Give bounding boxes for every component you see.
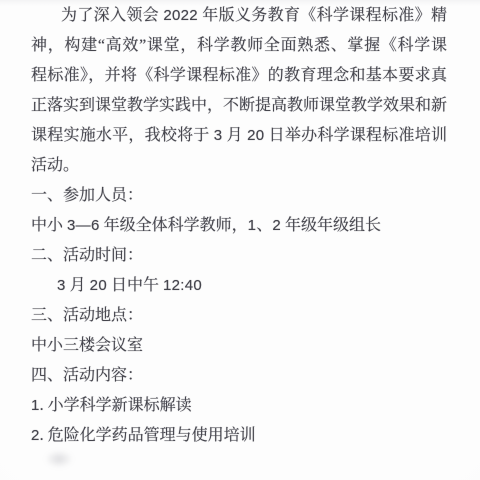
section-heading: 一、参加人员： bbox=[31, 181, 447, 211]
section-body-line: 3 月 20 日中午 12:40 bbox=[31, 271, 447, 301]
notice-photo: { "page": { "background_color": "#fbfbfc… bbox=[0, 0, 480, 480]
section-location: 三、活动地点： 中小三楼会议室 bbox=[31, 301, 447, 361]
section-heading: 二、活动时间： bbox=[31, 241, 447, 271]
intro-line: 程标准》，并将《科学课程标准》的教育理念和基本要求真 bbox=[31, 61, 447, 91]
intro-line: 活动。 bbox=[31, 151, 447, 181]
intro-paragraph: 为了深入领会 2022 年版义务教育《科学课程标准》精 神，构建“高效”课堂，科… bbox=[31, 1, 447, 181]
section-time: 二、活动时间： 3 月 20 日中午 12:40 bbox=[31, 241, 447, 301]
section-body-line: 中小三楼会议室 bbox=[31, 331, 447, 361]
intro-line: 正落实到课堂教学实践中，不断提高教师课堂教学效果和新 bbox=[31, 91, 447, 121]
notice-document: 为了深入领会 2022 年版义务教育《科学课程标准》精 神，构建“高效”课堂，科… bbox=[0, 0, 480, 451]
section-participants: 一、参加人员： 中小 3—6 年级全体科学教师，1、2 年级年级组长 bbox=[31, 181, 447, 241]
section-heading: 三、活动地点： bbox=[31, 301, 447, 331]
section-body-line: 2. 危险化学药品管理与使用培训 bbox=[31, 421, 447, 451]
section-content: 四、活动内容： 1. 小学科学新课标解读 2. 危险化学药品管理与使用培训 bbox=[31, 361, 447, 451]
intro-line: 神，构建“高效”课堂，科学教师全面熟悉、掌握《科学课 bbox=[31, 31, 447, 61]
section-body-line: 中小 3—6 年级全体科学教师，1、2 年级年级组长 bbox=[31, 211, 447, 241]
section-body-line: 1. 小学科学新课标解读 bbox=[31, 391, 447, 421]
intro-line: 为了深入领会 2022 年版义务教育《科学课程标准》精 bbox=[31, 1, 447, 31]
intro-line: 课程实施水平，我校将于 3 月 20 日举办科学课程标准培训 bbox=[31, 121, 447, 151]
section-heading: 四、活动内容： bbox=[31, 361, 447, 391]
